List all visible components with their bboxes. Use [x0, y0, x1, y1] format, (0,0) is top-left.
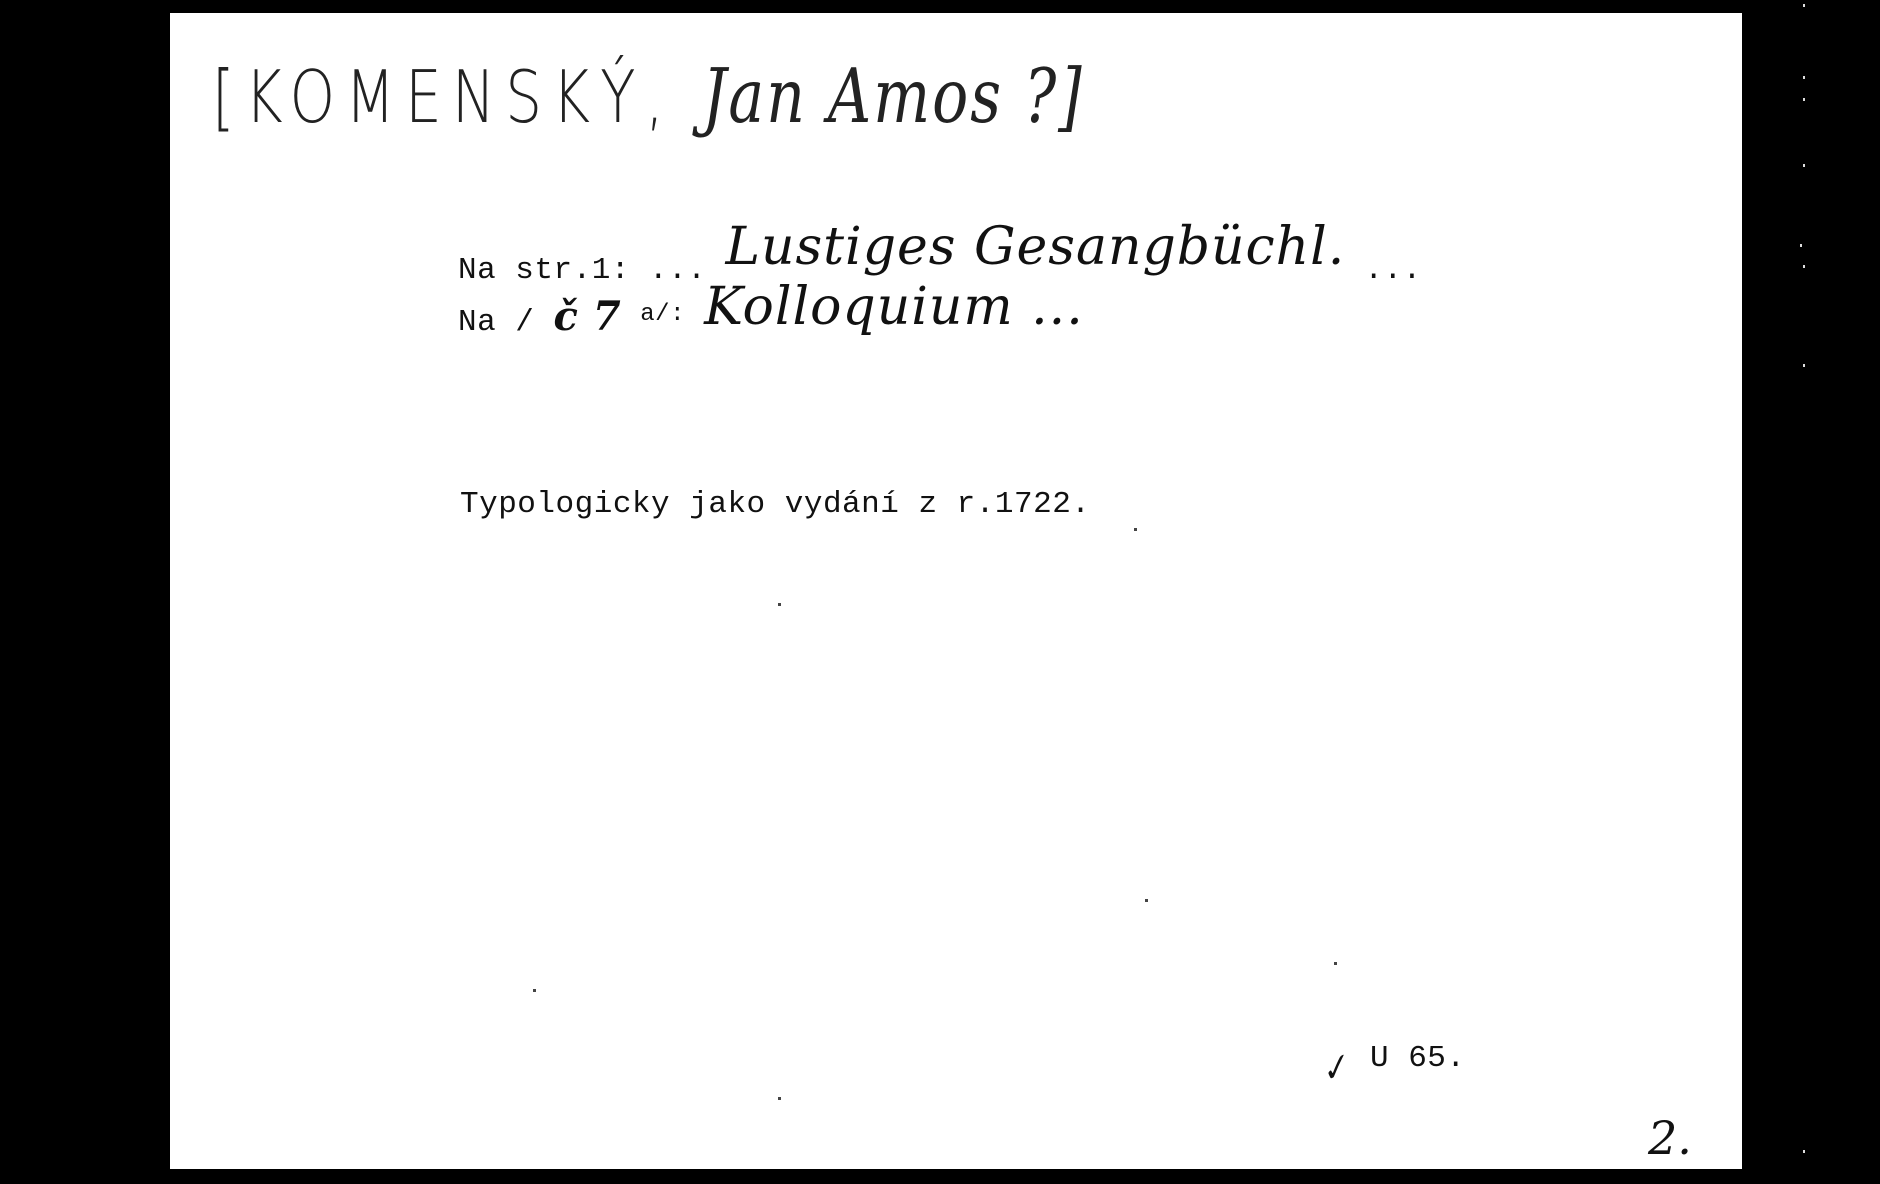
page-number: 2. — [1648, 1111, 1692, 1165]
shelfmark: U 65. — [1370, 1041, 1466, 1076]
author-given-names: Jan Amos ?] — [702, 53, 1083, 141]
scan-speck — [533, 989, 536, 992]
handwritten-text: Kolloquium ... — [704, 277, 1084, 337]
scan-speck — [1803, 76, 1805, 79]
scan-speck — [1145, 899, 1148, 902]
scan-speck — [1134, 528, 1137, 531]
scan-speck — [778, 1097, 781, 1100]
catalog-card: [KOMENSKÝ, Jan Amos ?] Na str.1: ... Lus… — [170, 13, 1742, 1169]
checkmark-icon: ✓ — [1314, 1045, 1354, 1092]
title-line-page-7a: Na / č 7 a/: Kolloquium ... — [458, 283, 1084, 343]
typology-note: Typologicky jako vydání z r.1722. — [460, 487, 1090, 522]
scan-speck — [1803, 265, 1805, 268]
scan-speck — [1803, 364, 1805, 367]
scan-speck — [1803, 164, 1805, 167]
typed-prefix: Na / — [458, 305, 534, 340]
typed-suffix: ... — [1364, 253, 1421, 288]
scan-speck — [1800, 244, 1802, 247]
scan-speck — [1803, 98, 1805, 101]
scan-speck — [1803, 4, 1805, 7]
scan-speck — [1334, 962, 1337, 965]
handwritten-title: Lustiges Gesangbüchl. — [725, 217, 1345, 277]
scan-speck — [778, 603, 781, 606]
card-heading-author: [KOMENSKÝ, Jan Amos ?] — [212, 53, 1084, 141]
handwritten-page-marks: č 7 — [554, 293, 622, 340]
typed-middle: a/: — [640, 301, 685, 328]
scan-speck — [1803, 1150, 1805, 1153]
author-surname: [KOMENSKÝ, — [212, 54, 674, 139]
